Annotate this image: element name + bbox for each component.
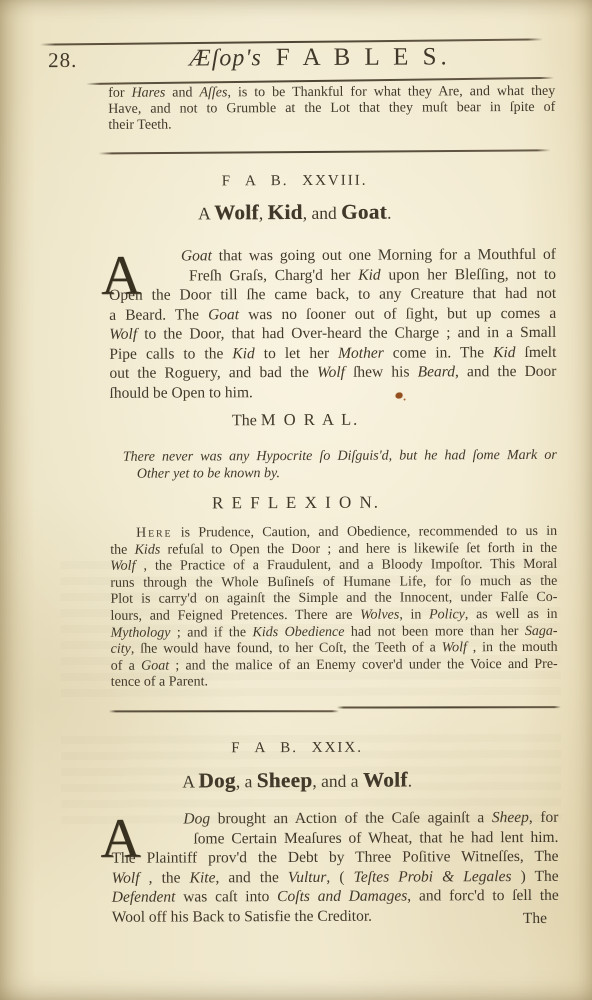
text-segment: , in — [399, 607, 429, 622]
text-line: There never was any Hypocrite ſo Diſguis… — [123, 447, 557, 466]
blackletter-text: Dog — [198, 768, 235, 792]
italic-text: Wolves — [360, 608, 399, 623]
text-line: Wolf to the Door, that had Over-heard th… — [109, 323, 556, 344]
italic-text: Vultur — [288, 868, 327, 885]
text-segment: ) The — [511, 867, 558, 884]
italic-text: Kid — [493, 344, 515, 361]
italic-text: Kids — [135, 542, 161, 557]
italic-text: Dog — [183, 810, 210, 827]
text-segment: , and forc'd to ſell the — [407, 887, 559, 905]
italic-text: Wolf — [112, 869, 140, 886]
fable-28-heading: F A B. XXVIII. — [0, 172, 591, 192]
text-segment: . — [408, 770, 412, 790]
italic-text: Kids Obedience — [252, 624, 344, 639]
text-segment: refuſal to Open the Door ; and here is l… — [160, 540, 557, 557]
text-segment: , the Practice of a Fraudulent, and a Bl… — [135, 557, 557, 574]
text-segment: A — [198, 203, 214, 223]
section-divider — [98, 149, 550, 154]
running-title-caps: F A B L E S. — [276, 43, 451, 71]
text-line: Pipe calls to the Kid to let her Mother … — [109, 342, 556, 363]
text-line: their Teeth. — [108, 116, 555, 134]
text-segment: and — [165, 85, 199, 100]
italic-text: Saga- — [525, 623, 558, 638]
text-line: Wolf , the Kite, and the Vultur, ( Teſte… — [112, 866, 559, 887]
text-line: Plot is carry'd on againſt the Simple an… — [110, 590, 557, 609]
text-line: of a Goat ; and the malice of an Enemy c… — [111, 657, 558, 676]
text-segment: runs through the Whole Buſineſs of Human… — [110, 574, 557, 591]
fable-29-heading: F A B. XXIX. — [1, 739, 592, 759]
text-segment: The Plaintiff prov'd the Debt by Three P… — [112, 848, 559, 867]
text-segment: was caſt into — [175, 888, 277, 905]
text-segment: Have, and not to Grumble at the Lot that… — [108, 100, 555, 117]
text-segment: , a — [236, 771, 257, 791]
text-line: for Hares and Aſſes, is to be Thankful f… — [108, 84, 555, 102]
text-segment: Pipe calls to the — [109, 345, 232, 363]
text-line: Defendent was caſt into Coſts and Damage… — [112, 886, 559, 907]
italic-text: city — [111, 642, 131, 657]
intro-paragraph: for Hares and Aſſes, is to be Thankful f… — [108, 84, 555, 134]
text-segment: , in the mouth — [467, 640, 558, 655]
text-segment: a Beard. The — [109, 306, 208, 323]
text-segment: to the Door, that had Over-heard the Cha… — [137, 324, 556, 343]
blackletter-text: Kid — [268, 200, 303, 224]
text-line: lours, and Feigned Pretences. There are … — [110, 607, 557, 626]
text-line: Have, and not to Grumble at the Lot that… — [108, 100, 555, 118]
italic-text: Defendent — [112, 889, 176, 906]
text-segment: . — [387, 203, 391, 223]
text-segment: Wool off his Back to Satisfie the Credit… — [112, 907, 372, 925]
text-segment: , ( — [326, 868, 353, 885]
blackletter-text: Goat — [341, 200, 387, 224]
text-line: ſome Certain Meaſures of Wheat, that he … — [193, 827, 558, 848]
text-segment: upon her Bleſſing, not to — [381, 265, 556, 283]
moral-heading-caps: M O R A L. — [261, 410, 359, 429]
text-segment: out the Roguery, and bad the — [109, 364, 317, 382]
text-segment: for — [108, 86, 131, 101]
text-line: ſhould be Open to him. — [109, 381, 556, 402]
blackletter-text: Wolf — [214, 200, 259, 224]
text-segment: , and the — [215, 869, 288, 886]
section-divider — [109, 710, 339, 712]
italic-text: Kid — [358, 266, 380, 283]
italic-text: Wolf — [110, 559, 135, 574]
text-segment: their Teeth. — [108, 118, 171, 133]
text-line: city, ſhe would have found, to her Coſt,… — [111, 640, 558, 659]
italic-text: Wolf — [317, 364, 345, 381]
text-line: Here is Prudence, Caution, and Obedience… — [136, 524, 557, 542]
text-line: the Kids refuſal to Open the Door ; and … — [110, 540, 557, 559]
text-line: Dog brought an Action of the Caſe againſ… — [183, 808, 558, 829]
text-segment: , and — [303, 203, 341, 223]
fable-29-paragraph: Dog brought an Action of the Caſe againſ… — [111, 808, 559, 927]
section-divider — [337, 706, 561, 708]
italic-text: Kite — [190, 869, 216, 886]
ink-spot — [404, 399, 406, 401]
moral-heading: The M O R A L. — [0, 409, 592, 432]
text-segment: , and a — [312, 771, 363, 791]
catchword: The — [523, 910, 547, 928]
text-segment: Freſh Graſs, Charg'd her — [189, 266, 358, 284]
text-line: The Plaintiff prov'd the Debt by Three P… — [112, 847, 559, 868]
italic-text: Policy — [429, 607, 465, 622]
text-line: Wolf , the Practice of a Fraudulent, and… — [110, 557, 557, 576]
italic-text: Mythology — [111, 625, 171, 640]
text-line: a Beard. The Goat was no ſooner out of ſ… — [109, 303, 556, 324]
italic-text: Goat — [208, 306, 239, 323]
italic-text: There never was any Hypocrite ſo Diſguis… — [123, 448, 557, 465]
text-segment: , the — [139, 869, 189, 886]
text-segment: A — [182, 771, 198, 791]
text-segment: tence of a Parent. — [111, 675, 208, 690]
italic-text: Wolf — [442, 640, 467, 655]
text-segment: to let her — [255, 344, 338, 361]
italic-text: Aſſes — [199, 85, 227, 100]
italic-text: Other yet to be known by. — [137, 466, 280, 482]
text-segment: had not been more than her — [344, 624, 525, 640]
reflexion-heading: R E F L E X I O N. — [0, 492, 592, 515]
moral-heading-the: The — [232, 412, 257, 429]
text-line: Wool off his Back to Satisfie the Credit… — [112, 905, 559, 926]
text-segment: the — [110, 542, 134, 557]
text-segment: is Prudence, Caution, and Obedience, rec… — [172, 524, 557, 541]
blackletter-text: Sheep — [257, 768, 313, 792]
text-segment: ſhew his — [345, 363, 418, 380]
text-segment: , — [259, 203, 268, 223]
italic-text: Wolf — [109, 326, 137, 343]
text-line: Freſh Graſs, Charg'd her Kid upon her Bl… — [189, 264, 556, 285]
reflexion-paragraph: Here is Prudence, Caution, and Obedience… — [110, 524, 558, 692]
ink-spot — [396, 393, 403, 399]
text-line: Other yet to be known by. — [137, 464, 557, 483]
text-line: runs through the Whole Buſineſs of Human… — [110, 574, 557, 593]
text-segment: , and the Door — [455, 363, 557, 380]
smallcaps-text: Here — [136, 526, 172, 541]
text-segment: come in. The — [384, 344, 493, 361]
text-segment: , ſhe would have found, to her Coſt, the… — [131, 641, 442, 657]
fable-28-paragraph: Goat that was going out one Morning for … — [109, 245, 557, 403]
moral-text: There never was any Hypocrite ſo Diſguis… — [123, 447, 557, 483]
book-page-scan: 28. Æſop's F A B L E S. for Hares and Aſ… — [0, 0, 592, 1000]
text-segment: brought an Action of the Caſe againſt a — [210, 809, 492, 827]
running-title-author: Æſop's — [189, 45, 262, 71]
text-segment: , for — [529, 809, 559, 826]
text-segment: ; and if the — [170, 625, 252, 640]
text-line: Open the Door till ſhe came back, to any… — [109, 284, 556, 305]
text-segment: ſome Certain Meaſures of Wheat, that he … — [193, 828, 558, 847]
running-title: Æſop's F A B L E S. — [0, 43, 590, 74]
text-segment: , is to be Thankful for what they Are, a… — [227, 84, 555, 100]
fable-29-title: A Dog, a Sheep, and a Wolf. — [1, 767, 592, 795]
text-segment: Open the Door till ſhe came back, to any… — [109, 285, 556, 304]
italic-text: Hares — [132, 86, 166, 101]
italic-text: Goat — [181, 247, 212, 264]
text-segment: was no ſooner out of ſight, but up comes… — [239, 304, 556, 322]
text-line: Goat that was going out one Morning for … — [181, 245, 556, 266]
text-segment: ſhould be Open to him. — [109, 384, 252, 402]
italic-text: Teſtes Probi & Legales — [354, 868, 512, 886]
text-segment: Plot is carry'd on againſt the Simple an… — [110, 590, 557, 607]
fable-28-title: A Wolf, Kid, and Goat. — [0, 199, 591, 227]
text-segment: lours, and Feigned Pretences. There are — [110, 608, 360, 624]
text-segment: ſmelt — [515, 343, 556, 360]
page-content: 28. Æſop's F A B L E S. for Hares and Aſ… — [0, 0, 592, 1000]
text-line: tence of a Parent. — [111, 673, 558, 692]
text-line: Mythology ; and if the Kids Obedience ha… — [111, 623, 558, 642]
italic-text: Kid — [232, 345, 254, 362]
text-segment: ; and the malice of an Enemy cover'd und… — [169, 657, 558, 674]
text-segment: , as well as in — [465, 607, 558, 622]
text-line: out the Roguery, and bad the Wolf ſhew h… — [109, 362, 556, 383]
italic-text: Coſts and Damages — [277, 888, 407, 906]
italic-text: Goat — [141, 658, 169, 673]
text-segment: of a — [111, 658, 141, 673]
italic-text: Sheep — [492, 809, 529, 826]
italic-text: Mother — [338, 344, 384, 361]
text-segment: that was going out one Morning for a Mou… — [212, 246, 556, 265]
blackletter-text: Wolf — [363, 768, 408, 792]
italic-text: Beard — [418, 363, 455, 380]
